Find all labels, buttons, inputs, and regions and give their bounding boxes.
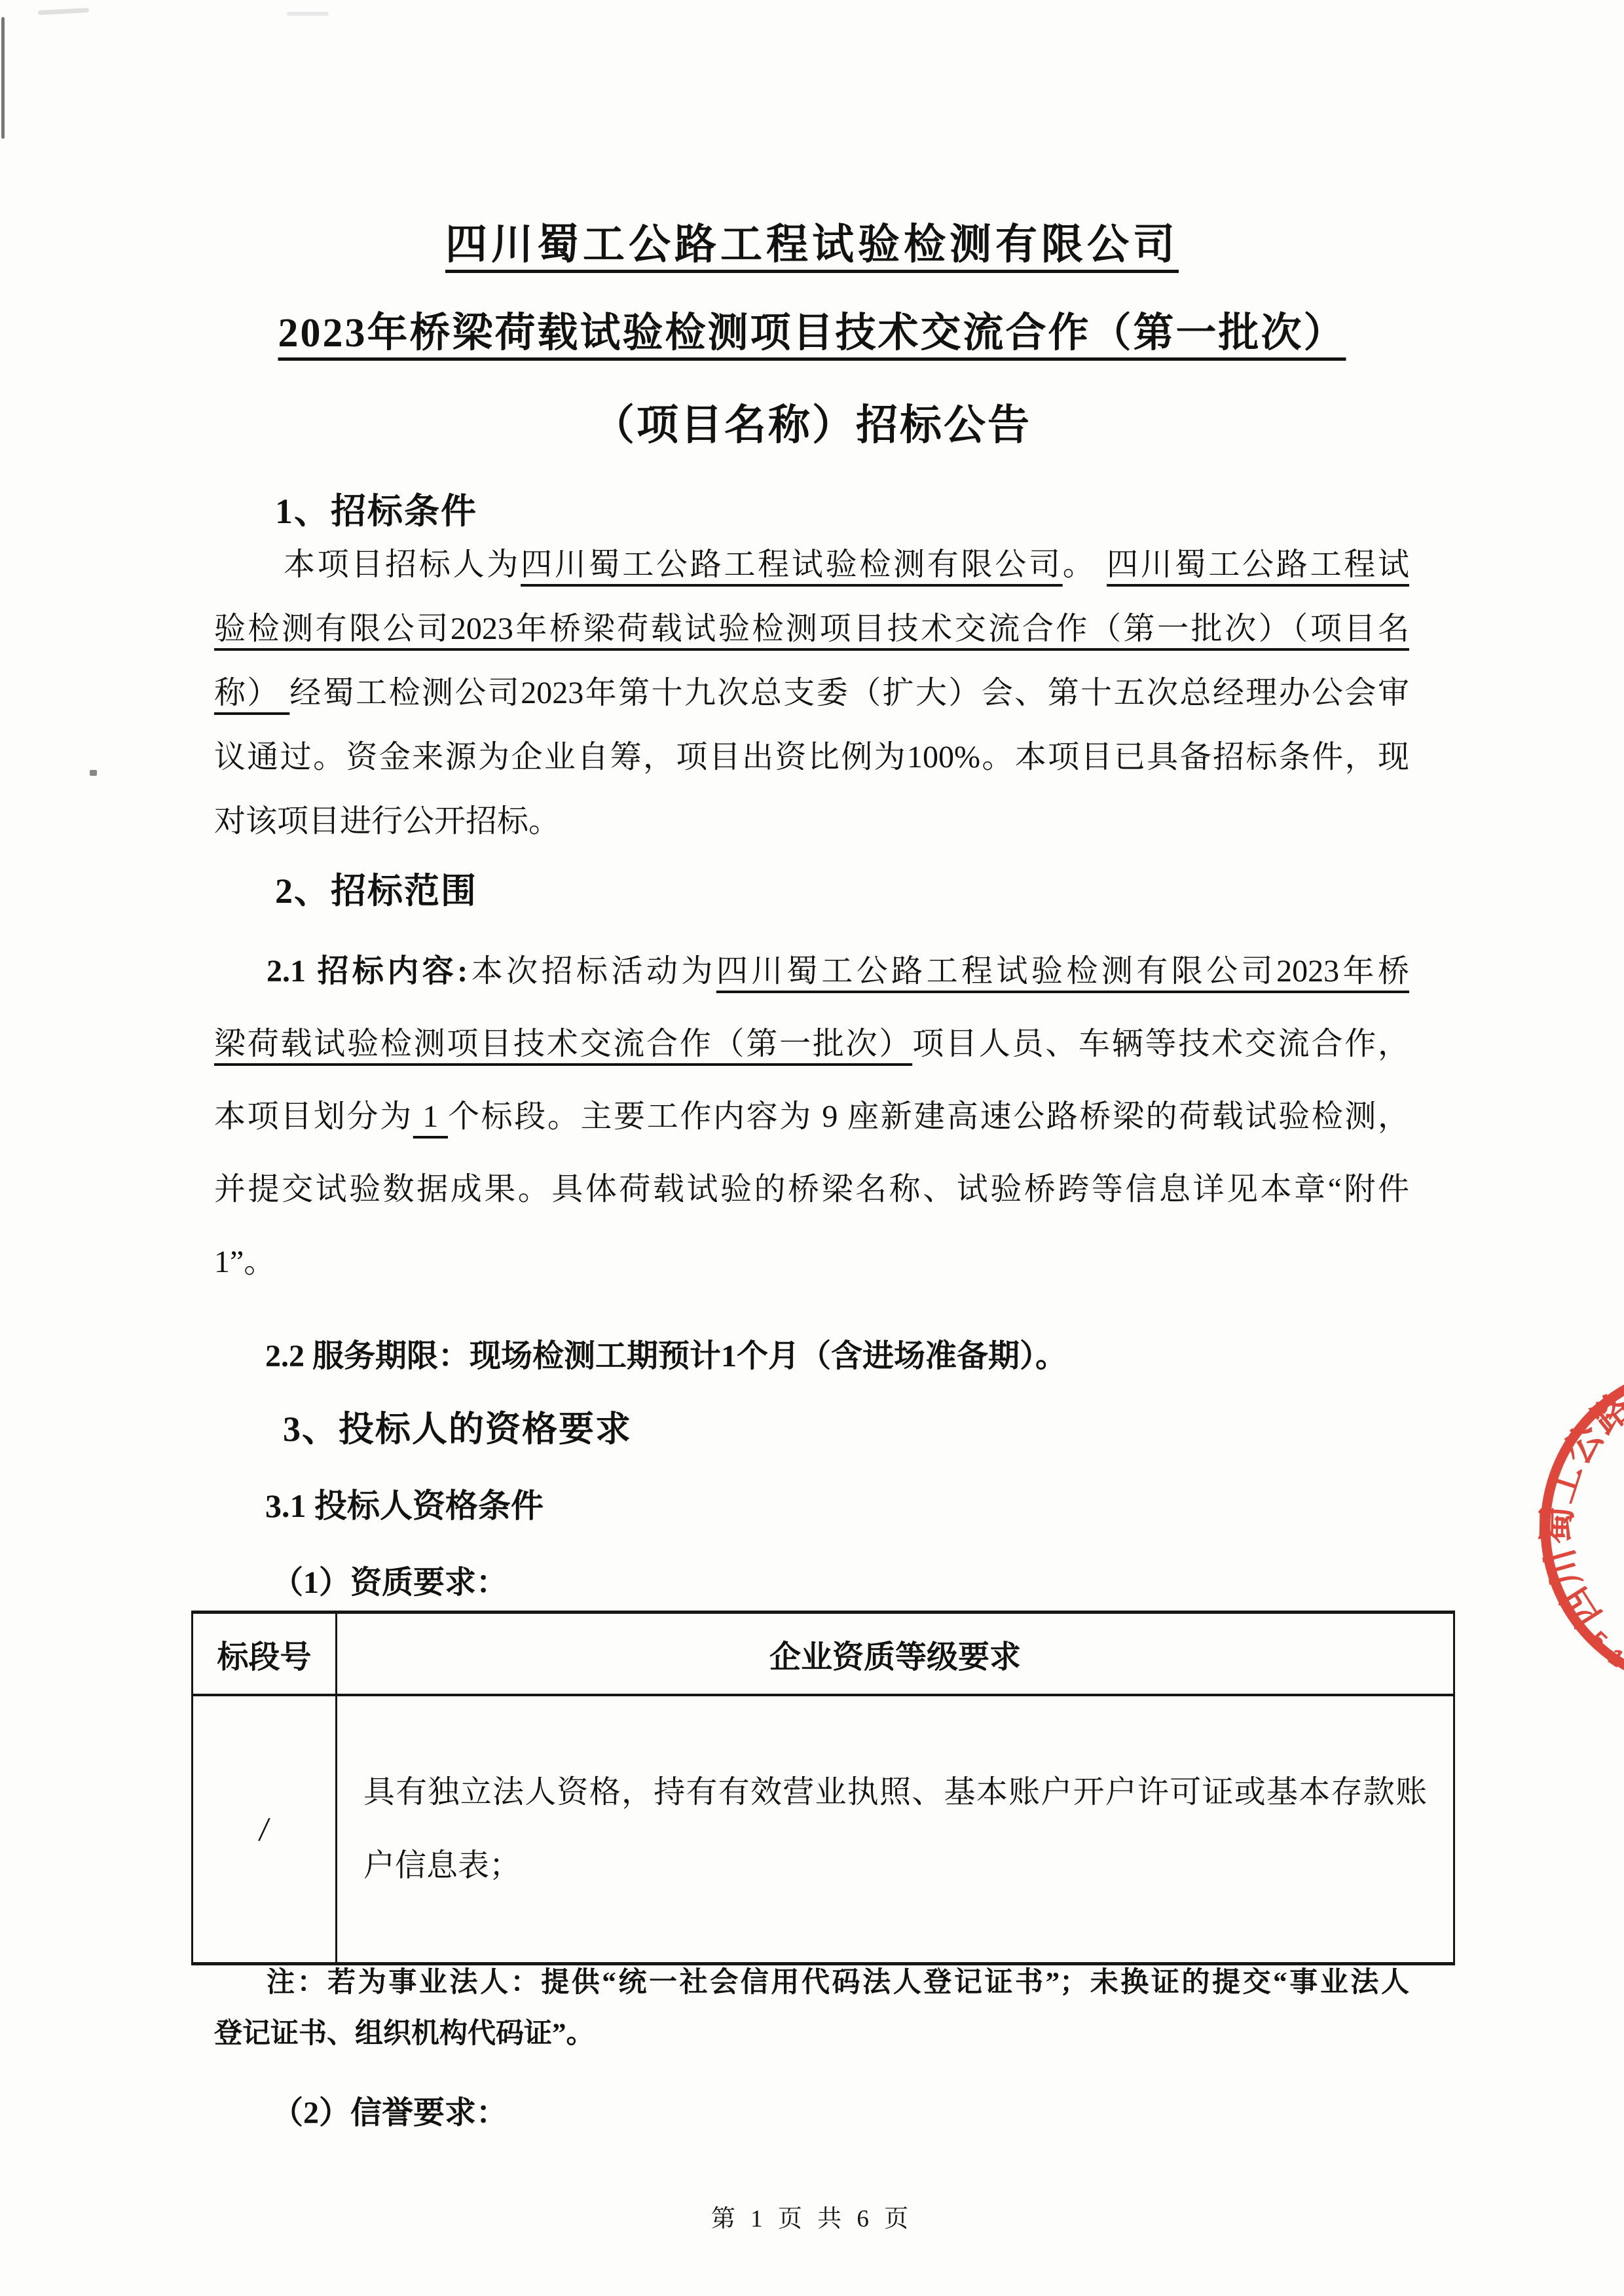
paragraph-line: 2.1 招标内容:本次招标活动为四川蜀工公路工程试验检测有限公司2023年桥 (214, 935, 1409, 1008)
paragraph-line: 议通过。资金来源为企业自筹，项目出资比例为100%。本项目已具备招标条件，现 (214, 725, 1409, 790)
text-segment: 项目人员、车辆等技术交流合作， (912, 1027, 1409, 1061)
scan-smudge-artifact (287, 12, 329, 16)
section2-item21-paragraph: 2.1 招标内容:本次招标活动为四川蜀工公路工程试验检测有限公司2023年桥 梁… (214, 935, 1409, 1298)
table-header-qualification: 企业资质等级要求 (337, 1614, 1453, 1694)
text-segment: 并提交试验数据成果。具体荷载试验的桥梁名称、试验桥跨等信息详见本章“附件 (214, 1172, 1409, 1207)
document-title-project: 2023年桥梁荷载试验检测项目技术交流合作（第一批次） (0, 300, 1624, 358)
section1-heading: 1、招标条件 (275, 483, 477, 534)
cell-text: 具有独立法人资格，持有有效营业执照、基本账户开户许可证或基本存款账 (363, 1775, 1427, 1810)
company-seal-stamp: 四川蜀工公路 5 1 (1493, 1336, 1624, 1715)
text-segment: 本项目划分为 (214, 1099, 413, 1134)
section1-paragraph: 本项目招标人为四川蜀工公路工程试验检测有限公司。 四川蜀工公路工程试 验检测有限… (214, 533, 1409, 854)
seal-arc-text: 四川蜀工公路 (1536, 1383, 1624, 1634)
header-text: 标段号 (217, 1631, 311, 1677)
header-text: 企业资质等级要求 (769, 1631, 1021, 1677)
underlined-project-name-part: 梁荷载试验检测项目技术交流合作（第一批次） (214, 1027, 912, 1061)
table-header-lot-number: 标段号 (193, 1614, 337, 1694)
cell-text-block: 具有独立法人资格，持有有效营业执照、基本账户开户许可证或基本存款账 户信息表； (337, 1756, 1453, 1903)
underlined-project-name-part: 称） (214, 676, 289, 710)
underlined-project-name-part: 四川蜀工公路工程试 (1107, 547, 1409, 582)
underlined-company-name: 四川蜀工公路工程试验检测有限公司 (521, 547, 1063, 582)
paragraph-line: 对该项目进行公开招标。 (214, 790, 1409, 854)
item21-label: 2.1 招标内容: (267, 954, 468, 989)
paragraph-line: 梁荷载试验检测项目技术交流合作（第一批次）项目人员、车辆等技术交流合作， (214, 1008, 1409, 1080)
note-line: 登记证书、组织机构代码证”。 (214, 2009, 1409, 2060)
scan-speck-artifact (90, 770, 97, 776)
section2-heading: 2、招标范围 (275, 863, 477, 913)
note-text: 登记证书、组织机构代码证”。 (214, 2018, 595, 2049)
qualification-table: 标段号 企业资质等级要求 / 具有独立法人资格，持有有效营业执照、基本账户开户许… (191, 1611, 1455, 1965)
scan-edge-artifact (1, 17, 5, 139)
text-segment: 。 (1063, 547, 1107, 582)
underlined-project-name-part: 四川蜀工公路工程试验检测有限公司2023年桥 (716, 954, 1409, 989)
section2-item22-service-period: 2.2 服务期限：现场检测工期预计1个月（含进场准备期）。 (265, 1330, 1067, 1376)
scan-smudge-artifact (38, 8, 89, 15)
cell-text: 户信息表； (363, 1848, 521, 1883)
table-cell-qualification: 具有独立法人资格，持有有效营业执照、基本账户开户许可证或基本存款账 户信息表； (337, 1696, 1453, 1962)
document-title-announcement: （项目名称）招标公告 (0, 392, 1624, 452)
title-announcement-text: （项目名称）招标公告 (593, 402, 1031, 448)
page-number-footer: 第 1 页 共 6 页 (0, 2198, 1624, 2234)
cell-text-line: 户信息表； (363, 1829, 1427, 1903)
table-header-row: 标段号 企业资质等级要求 (193, 1614, 1453, 1696)
underlined-project-name-part: 验检测有限公司2023年桥梁荷载试验检测项目技术交流合作（第一批次）（项目名 (214, 611, 1409, 646)
text-segment: 本项目招标人为 (284, 547, 521, 582)
note-text: 注：若为事业法人：提供“统一社会信用代码法人登记证书”；未换证的提交“事业法人 (267, 1967, 1409, 1998)
text-segment: 经蜀工检测公司2023年第十九次总支委（扩大）会、第十五次总经理办公会审 (289, 676, 1409, 710)
text-segment: 个标段。主要工作内容为 9 座新建高速公路桥梁的荷载试验检测， (448, 1099, 1409, 1134)
paragraph-line: 并提交试验数据成果。具体荷载试验的桥梁名称、试验桥跨等信息详见本章“附件 (214, 1153, 1409, 1226)
title-project-text: 2023年桥梁荷载试验检测项目技术交流合作（第一批次） (278, 311, 1346, 355)
cell-text: / (257, 1808, 271, 1850)
title-company-text: 四川蜀工公路工程试验检测有限公司 (445, 221, 1179, 268)
table-note: 注：若为事业法人：提供“统一社会信用代码法人登记证书”；未换证的提交“事业法人 … (214, 1958, 1409, 2060)
text-segment: 议通过。资金来源为企业自筹，项目出资比例为100%。本项目已具备招标条件，现 (214, 740, 1409, 774)
seal-graphics: 四川蜀工公路 5 1 (1536, 1368, 1624, 1686)
table-cell-lot-number: / (193, 1696, 337, 1962)
text-segment: 对该项目进行公开招标。 (214, 804, 560, 839)
scanned-document-page: 四川蜀工公路工程试验检测有限公司 2023年桥梁荷载试验检测项目技术交流合作（第… (0, 0, 1624, 2296)
qualification-requirement-label: （1）资质要求： (272, 1557, 507, 1602)
section31-subheading: 3.1 投标人资格条件 (265, 1480, 544, 1527)
credit-requirement-label: （2）信誉要求： (272, 2087, 507, 2132)
paragraph-line: 本项目招标人为四川蜀工公路工程试验检测有限公司。 四川蜀工公路工程试 (214, 533, 1409, 597)
document-title-company: 四川蜀工公路工程试验检测有限公司 (0, 211, 1624, 271)
table-row: / 具有独立法人资格，持有有效营业执照、基本账户开户许可证或基本存款账 户信息表… (193, 1696, 1453, 1962)
paragraph-line: 称） 经蜀工检测公司2023年第十九次总支委（扩大）会、第十五次总经理办公会审 (214, 661, 1409, 725)
paragraph-line: 1”。 (214, 1226, 1409, 1298)
note-line: 注：若为事业法人：提供“统一社会信用代码法人登记证书”；未换证的提交“事业法人 (214, 1958, 1409, 2009)
text-segment: 本次招标活动为 (468, 954, 716, 989)
text-segment: 1”。 (214, 1245, 275, 1279)
section3-heading: 3、投标人的资格要求 (283, 1401, 632, 1451)
paragraph-line: 本项目划分为 1 个标段。主要工作内容为 9 座新建高速公路桥梁的荷载试验检测， (214, 1080, 1409, 1153)
cell-text-line: 具有独立法人资格，持有有效营业执照、基本账户开户许可证或基本存款账 (363, 1756, 1427, 1829)
underlined-lot-count: 1 (413, 1099, 448, 1134)
paragraph-line: 验检测有限公司2023年桥梁荷载试验检测项目技术交流合作（第一批次）（项目名 (214, 597, 1409, 661)
